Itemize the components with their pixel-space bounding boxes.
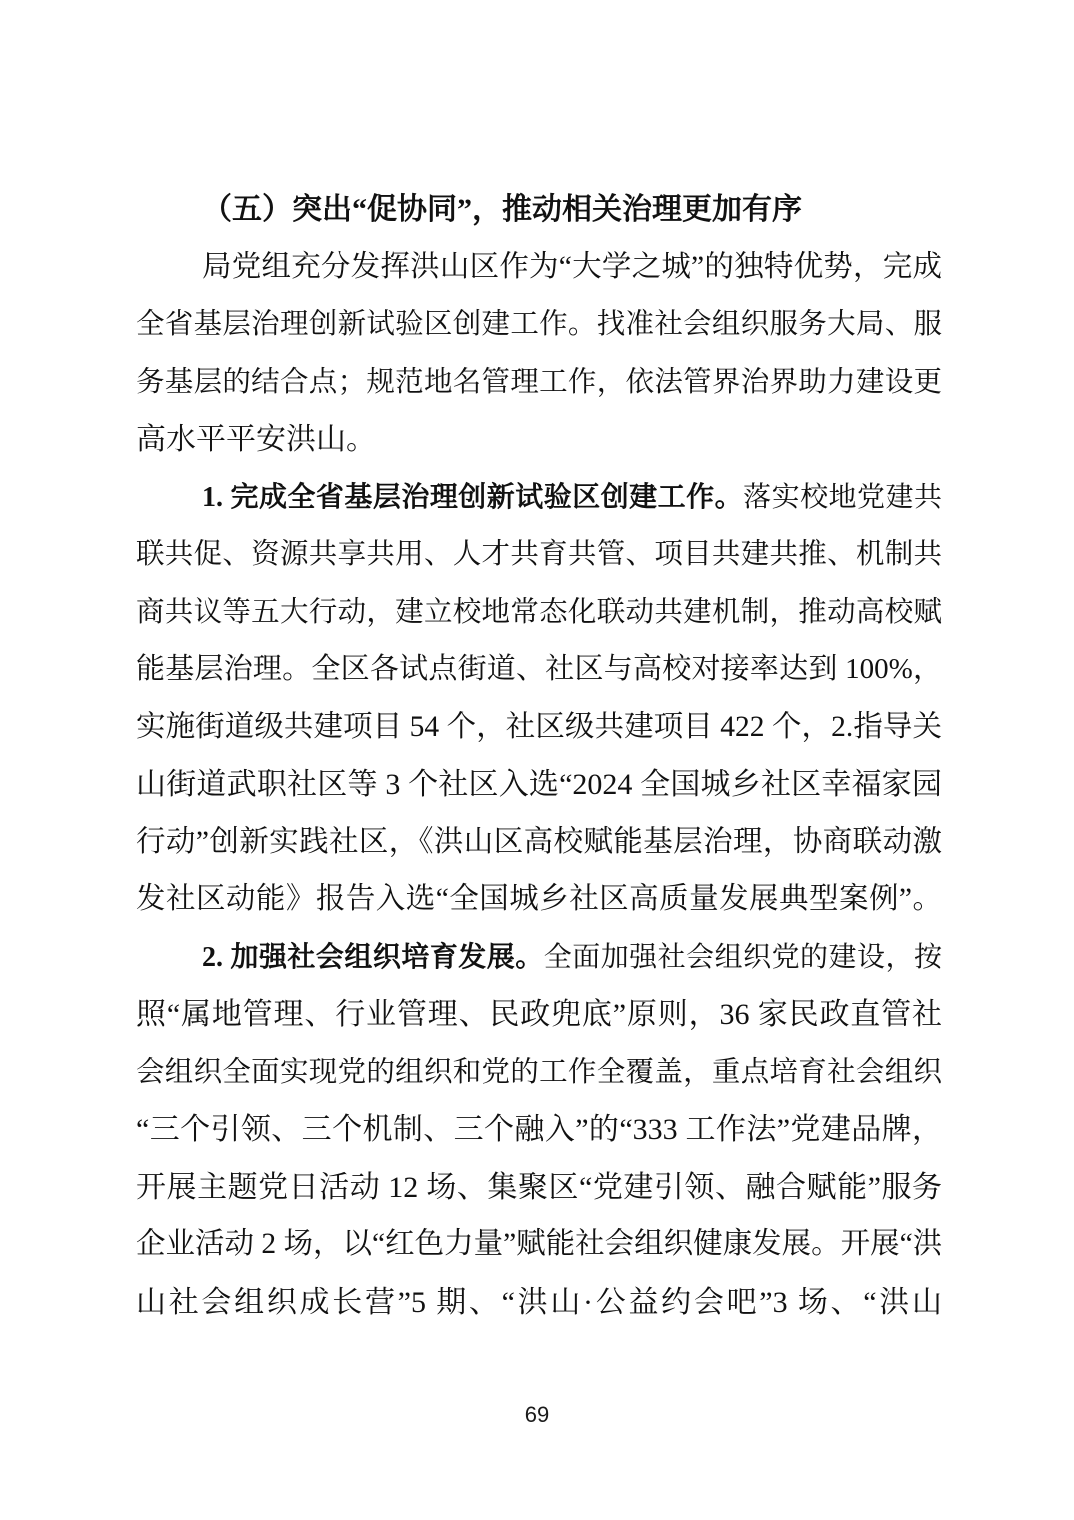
text-run: 行动”创新实践社区，《洪山区高校赋能基层治理，协商联动激 [136,826,942,858]
paragraph-number-bold-run: 1. 完成全省基层治理创新试验区创建工作。 [202,482,743,513]
text-line: 能基层治理。全区各试点街道、社区与高校对接率达到 100%， [136,641,942,699]
text-run: 实施街道级共建项目 54 个，社区级共建项目 422 个，2.指导关 [136,711,942,743]
text-line: 行动”创新实践社区，《洪山区高校赋能基层治理，协商联动激 [136,814,942,872]
text-line: 山街道武职社区等 3 个社区入选“2024 全国城乡社区幸福家园 [136,756,942,814]
text-line: “三个引领、三个机制、三个融入”的“333 工作法”党建品牌， [136,1101,942,1159]
section-heading: （五）突出“促协同”，推动相关治理更加有序 [136,181,942,239]
document-body: （五）突出“促协同”，推动相关治理更加有序 局党组充分发挥洪山区作为“大学之城”… [136,181,942,1331]
text-line: 商共议等五大行动，建立校地常态化联动共建机制，推动高校赋 [136,584,942,642]
text-line: 企业活动 2 场，以“红色力量”赋能社会组织健康发展。开展“洪 [136,1216,942,1274]
text-line: 局党组充分发挥洪山区作为“大学之城”的独特优势，完成 [136,239,942,297]
text-run: 全面加强社会组织党的建设，按 [544,942,942,973]
text-run: 会组织全面实现党的组织和党的工作全覆盖，重点培育社会组织 [136,1057,942,1088]
text-run: 能基层治理。全区各试点街道、社区与高校对接率达到 100%， [136,653,942,685]
text-line: 开展主题党日活动 12 场、集聚区“党建引领、融合赋能”服务 [136,1159,942,1217]
text-run: 局党组充分发挥洪山区作为“大学之城”的独特优势，完成 [202,251,942,283]
text-run: 务基层的结合点；规范地名管理工作，依法管界治界助力建设更 [136,367,942,398]
text-run: 商共议等五大行动，建立校地常态化联动共建机制，推动高校赋 [136,597,942,628]
text-run: 山街道武职社区等 3 个社区入选“2024 全国城乡社区幸福家园 [136,768,942,801]
text-line: 发社区动能》报告入选“全国城乡社区高质量发展典型案例”。 [136,871,942,929]
text-line: 实施街道级共建项目 54 个，社区级共建项目 422 个，2.指导关 [136,699,942,757]
text-line: 全省基层治理创新试验区创建工作。找准社会组织服务大局、服 [136,296,942,354]
page-number: 69 [0,1402,1074,1428]
text-line: 2. 加强社会组织培育发展。全面加强社会组织党的建设，按 [136,929,942,987]
text-run: 企业活动 2 场，以“红色力量”赋能社会组织健康发展。开展“洪 [136,1228,942,1260]
text-run: 高水平平安洪山。 [136,423,376,456]
text-line: 联共促、资源共享共用、人才共育共管、项目共建共推、机制共 [136,526,942,584]
text-run: 开展主题党日活动 12 场、集聚区“党建引领、融合赋能”服务 [136,1171,942,1204]
text-line: 照“属地管理、行业管理、民政兜底”原则，36 家民政直管社 [136,986,942,1044]
heading-text-run: （五）突出“促协同”，推动相关治理更加有序 [202,193,802,226]
text-line: 山社会组织成长营”5 期、“洪山·公益约会吧”3 场、“洪山 [136,1274,942,1332]
text-line: 会组织全面实现党的组织和党的工作全覆盖，重点培育社会组织 [136,1044,942,1102]
document-page: （五）突出“促协同”，推动相关治理更加有序 局党组充分发挥洪山区作为“大学之城”… [0,0,1074,1520]
text-run: 山社会组织成长营”5 期、“洪山·公益约会吧”3 场、“洪山 [136,1286,942,1319]
text-run: 全省基层治理创新试验区创建工作。找准社会组织服务大局、服 [136,309,942,340]
text-line: 高水平平安洪山。 [136,411,942,469]
text-line: 1. 完成全省基层治理创新试验区创建工作。落实校地党建共 [136,469,942,527]
text-line: 务基层的结合点；规范地名管理工作，依法管界治界助力建设更 [136,354,942,412]
text-run: 落实校地党建共 [743,482,942,513]
text-run: 照“属地管理、行业管理、民政兜底”原则，36 家民政直管社 [136,998,942,1031]
text-run: “三个引领、三个机制、三个融入”的“333 工作法”党建品牌， [136,1113,942,1146]
text-run: 联共促、资源共享共用、人才共育共管、项目共建共推、机制共 [136,539,942,570]
text-run: 发社区动能》报告入选“全国城乡社区高质量发展典型案例”。 [136,883,942,915]
paragraph-number-bold-run: 2. 加强社会组织培育发展。 [202,942,544,973]
